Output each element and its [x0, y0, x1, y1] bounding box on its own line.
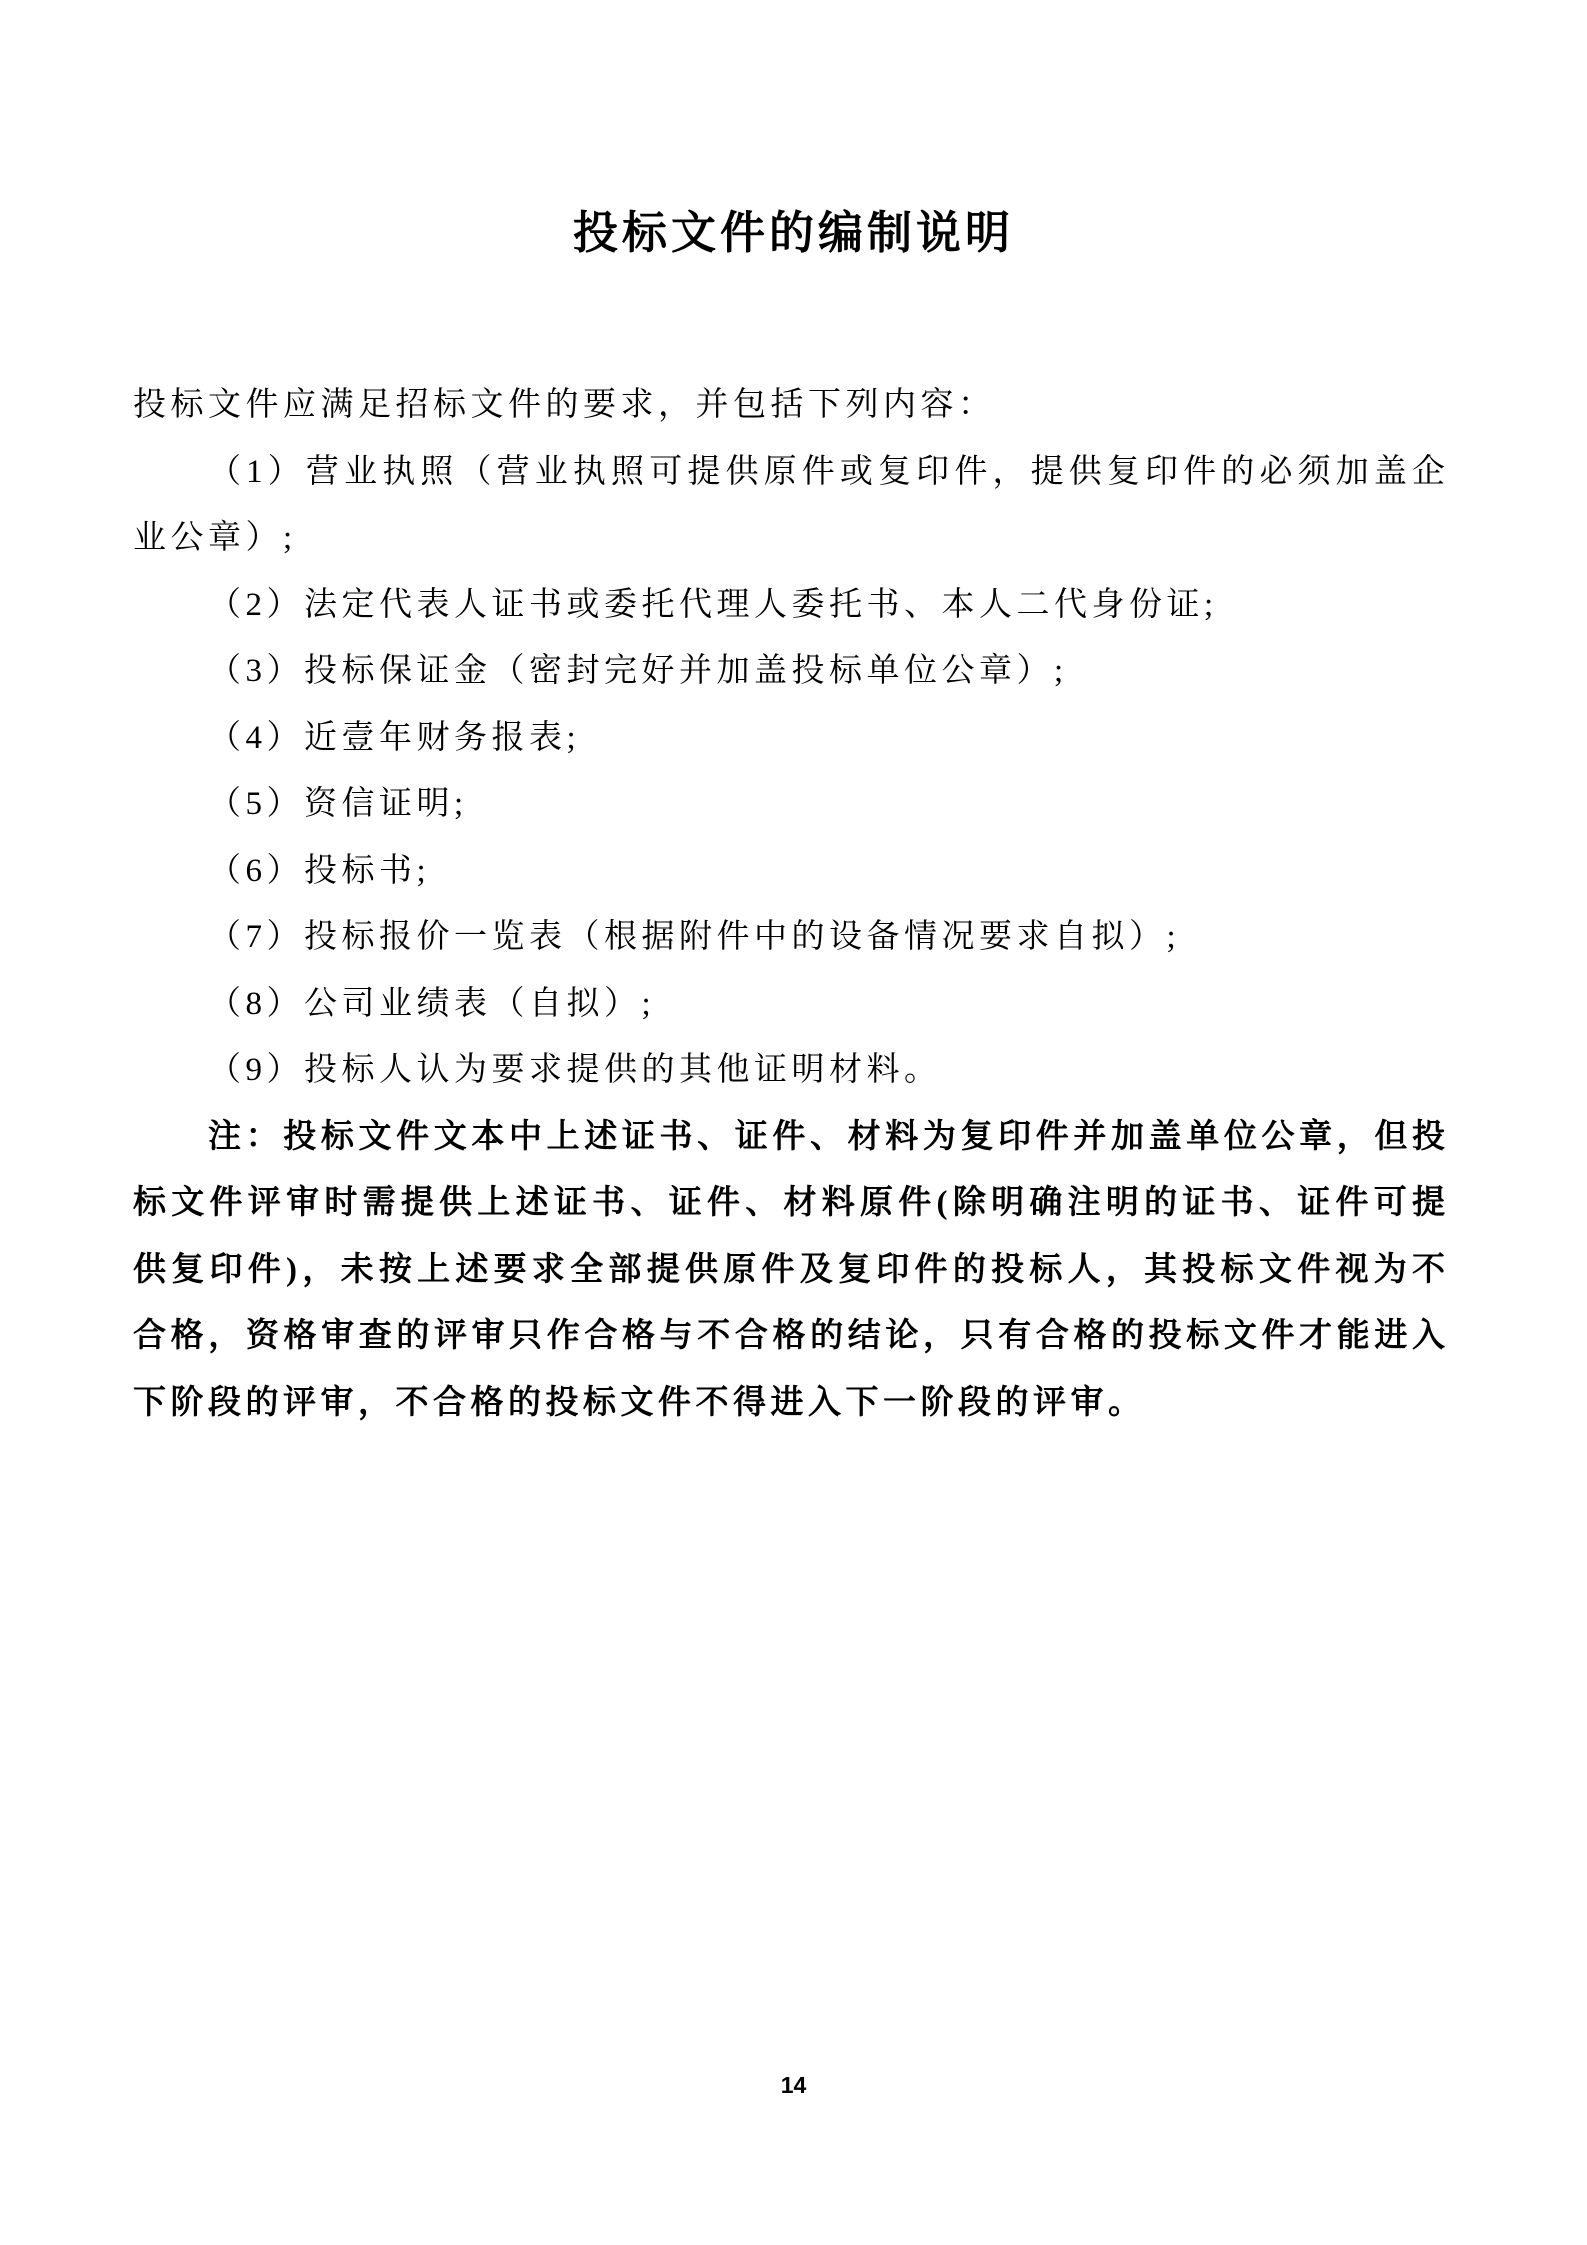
body-line: （5）资信证明;	[133, 771, 1445, 838]
body-line: （3）投标保证金（密封完好并加盖投标单位公章）;	[133, 638, 1445, 705]
body-line: 下阶段的评审，不合格的投标文件不得进入下一阶段的评审。	[133, 1370, 1445, 1437]
body-line: （1）营业执照（营业执照可提供原件或复印件，提供复印件的必须加盖企	[133, 439, 1445, 506]
body-line: （6）投标书;	[133, 838, 1445, 905]
document-page: 投标文件的编制说明 投标文件应满足招标文件的要求，并包括下列内容：（1）营业执照…	[0, 0, 1587, 2245]
body-line: （4）近壹年财务报表;	[133, 705, 1445, 772]
body-line: 合格，资格审查的评审只作合格与不合格的结论，只有合格的投标文件才能进入	[133, 1303, 1445, 1370]
document-body: 投标文件应满足招标文件的要求，并包括下列内容：（1）营业执照（营业执照可提供原件…	[133, 372, 1445, 1436]
body-line: 标文件评审时需提供上述证书、证件、材料原件(除明确注明的证书、证件可提	[133, 1170, 1445, 1237]
body-line: 注：投标文件文本中上述证书、证件、材料为复印件并加盖单位公章，但投	[133, 1104, 1445, 1171]
page-title: 投标文件的编制说明	[0, 196, 1587, 261]
body-line: （7）投标报价一览表（根据附件中的设备情况要求自拟）;	[133, 904, 1445, 971]
body-line: （8）公司业绩表（自拟）;	[133, 971, 1445, 1038]
body-line: （9）投标人认为要求提供的其他证明材料。	[133, 1037, 1445, 1104]
page-number: 14	[0, 2072, 1587, 2099]
body-line: 投标文件应满足招标文件的要求，并包括下列内容：	[133, 372, 1445, 439]
body-line: （2）法定代表人证书或委托代理人委托书、本人二代身份证;	[133, 572, 1445, 639]
body-line: 业公章）;	[133, 505, 1445, 572]
body-line: 供复印件)，未按上述要求全部提供原件及复印件的投标人，其投标文件视为不	[133, 1237, 1445, 1304]
